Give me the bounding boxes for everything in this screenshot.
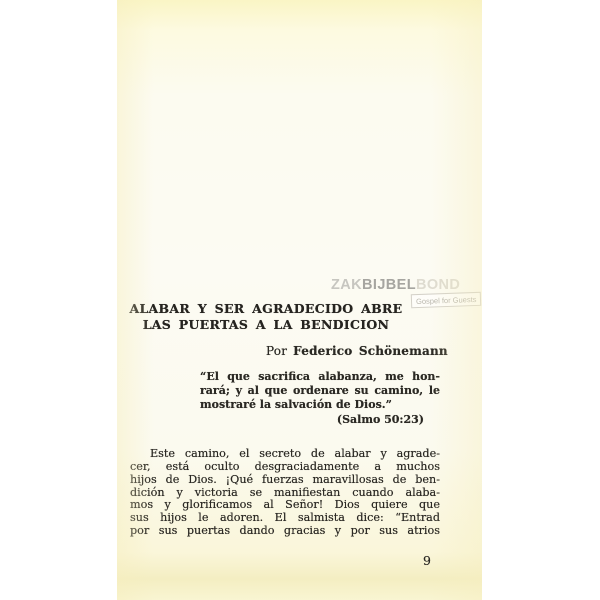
body-line: Este camino, el secreto de alabar y agra… bbox=[130, 448, 440, 461]
quote-line: rará; y al que ordenare su camino, le bbox=[200, 384, 440, 398]
quote-line: mostraré la salvación de Dios.” bbox=[200, 398, 440, 412]
article-title: ALABAR Y SER AGRADECIDO ABRE LAS PUERTAS… bbox=[125, 301, 407, 332]
byline-prefix: Por bbox=[266, 344, 287, 358]
screenshot-root: { "window": { "background_color": "#ffff… bbox=[0, 0, 600, 600]
byline-author: Federico Schönemann bbox=[293, 344, 448, 358]
book-page: ZAKBIJBELBOND Gospel for Guests ALABAR Y… bbox=[117, 0, 482, 600]
body-line: por sus puertas dando gracias y por sus … bbox=[130, 525, 440, 538]
page-number: 9 bbox=[423, 553, 431, 568]
watermark: ZAKBIJBELBOND bbox=[331, 278, 460, 293]
body-line: cer, está oculto desgraciadamente a much… bbox=[130, 461, 440, 474]
body-paragraph: Este camino, el secreto de alabar y agra… bbox=[130, 448, 440, 538]
watermark-part-bijbel: BIJBEL bbox=[362, 277, 416, 293]
quote-reference: (Salmo 50:23) bbox=[200, 413, 440, 427]
scripture-quote: “El que sacrifica alabanza, me hon- rará… bbox=[200, 370, 440, 427]
body-line: hijos de Dios. ¡Qué fuerzas maravillosas… bbox=[130, 474, 440, 487]
quote-line: “El que sacrifica alabanza, me hon- bbox=[200, 370, 440, 384]
article-title-line2: LAS PUERTAS A LA BENDICION bbox=[125, 317, 407, 333]
article-title-line1: ALABAR Y SER AGRADECIDO ABRE bbox=[125, 301, 407, 317]
watermark-part-bond: BOND bbox=[416, 277, 460, 293]
article-byline: Por Federico Schönemann bbox=[266, 344, 448, 358]
watermark-part-zak: ZAK bbox=[331, 277, 362, 293]
watermark-tagline-badge: Gospel for Guests bbox=[411, 292, 482, 308]
